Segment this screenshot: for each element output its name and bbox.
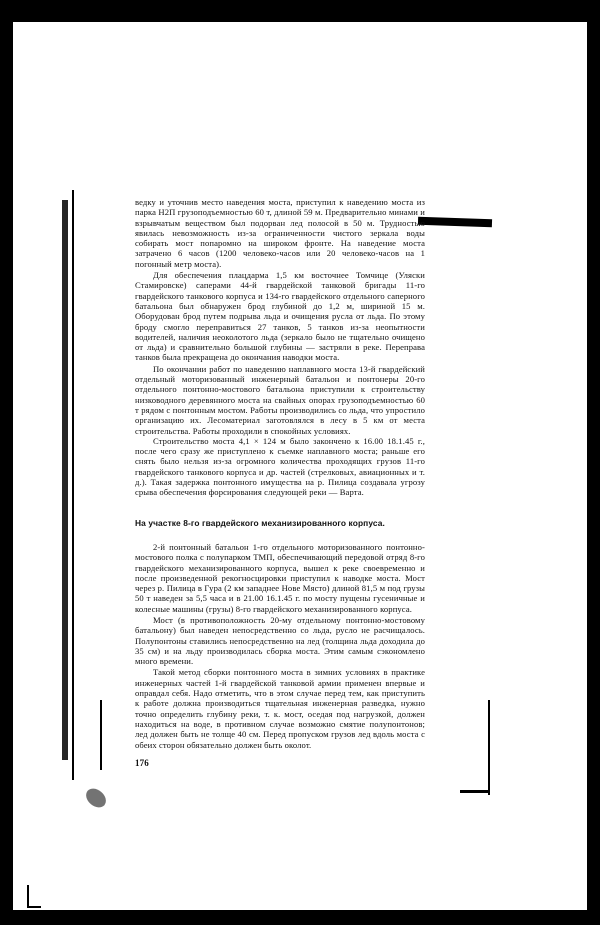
- paragraph: По окончании работ по наведению наплавно…: [135, 364, 425, 436]
- binding-shadow-inner: [100, 700, 102, 770]
- binding-shadow: [62, 200, 68, 760]
- paragraph: Для обеспечения плацдарма 1,5 км восточн…: [135, 270, 425, 363]
- paragraph: 2-й понтонный батальон 1-го отдельного м…: [135, 542, 425, 614]
- paragraph: Мост (в противоположность 20-му отдельно…: [135, 615, 425, 666]
- paragraph: Такой метод сборки понтонного моста в зи…: [135, 667, 425, 749]
- left-crop-mark-foot: [27, 906, 41, 908]
- section-heading: На участке 8-го гвардейского механизиров…: [135, 518, 425, 528]
- binding-shadow-thin: [72, 190, 74, 780]
- paragraph: ведку и уточнив место наведения моста, п…: [135, 197, 425, 269]
- right-crop-mark: [488, 700, 490, 795]
- left-crop-mark: [27, 885, 29, 907]
- page-number: 176: [135, 758, 425, 768]
- text-column: ведку и уточнив место наведения моста, п…: [135, 197, 425, 768]
- paragraph: Строительство моста 4,1 × 124 м было зак…: [135, 436, 425, 498]
- right-crop-mark-foot: [460, 790, 490, 793]
